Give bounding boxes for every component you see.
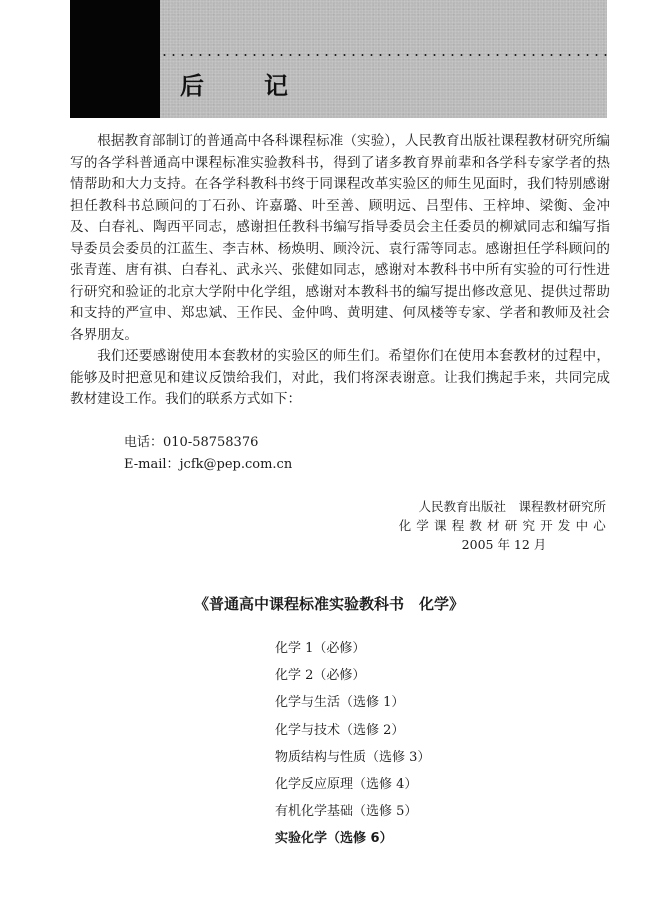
signature-date: 2005 年 12 月 (392, 535, 606, 554)
signature-block: 人民教育出版社 课程教材研究所 化学课程教材研究开发中心 2005 年 12 月 (392, 497, 606, 554)
list-item: 化学 2（必修） (275, 662, 430, 689)
paragraph-acknowledgements: 根据教育部制订的普通高中各科课程标准（实验），人民教育出版社课程教材研究所编写的… (70, 131, 610, 346)
list-item-current: 实验化学（选修 6） (275, 825, 430, 852)
list-item: 化学反应原理（选修 4） (275, 771, 430, 798)
contact-email: E-mail：jcfk@pep.com.cn (124, 454, 292, 476)
acknowledgement-body: 根据教育部制订的普通高中各科课程标准（实验），人民教育出版社课程教材研究所编写的… (70, 131, 610, 411)
header-black-block (70, 0, 160, 118)
list-item: 化学与生活（选修 1） (275, 689, 430, 716)
header-dotted-rule (160, 54, 607, 56)
list-item: 物质结构与性质（选修 3） (275, 744, 430, 771)
series-book-list: 化学 1（必修） 化学 2（必修） 化学与生活（选修 1） 化学与技术（选修 2… (275, 635, 430, 853)
list-item: 化学与技术（选修 2） (275, 717, 430, 744)
list-item: 化学 1（必修） (275, 635, 430, 662)
contact-info: 电话：010-58758376 E-mail：jcfk@pep.com.cn (124, 432, 292, 476)
signature-center: 化学课程教材研究开发中心 (392, 516, 611, 535)
list-item: 有机化学基础（选修 5） (275, 798, 430, 825)
signature-publisher: 人民教育出版社 课程教材研究所 (392, 497, 606, 516)
series-title: 《普通高中课程标准实验教科书 化学》 (0, 594, 650, 614)
paragraph-feedback: 我们还要感谢使用本套教材的实验区的师生们。希望你们在使用本套教材的过程中，能够及… (70, 346, 610, 411)
page-title: 后记 (180, 71, 348, 101)
contact-phone: 电话：010-58758376 (124, 432, 292, 454)
